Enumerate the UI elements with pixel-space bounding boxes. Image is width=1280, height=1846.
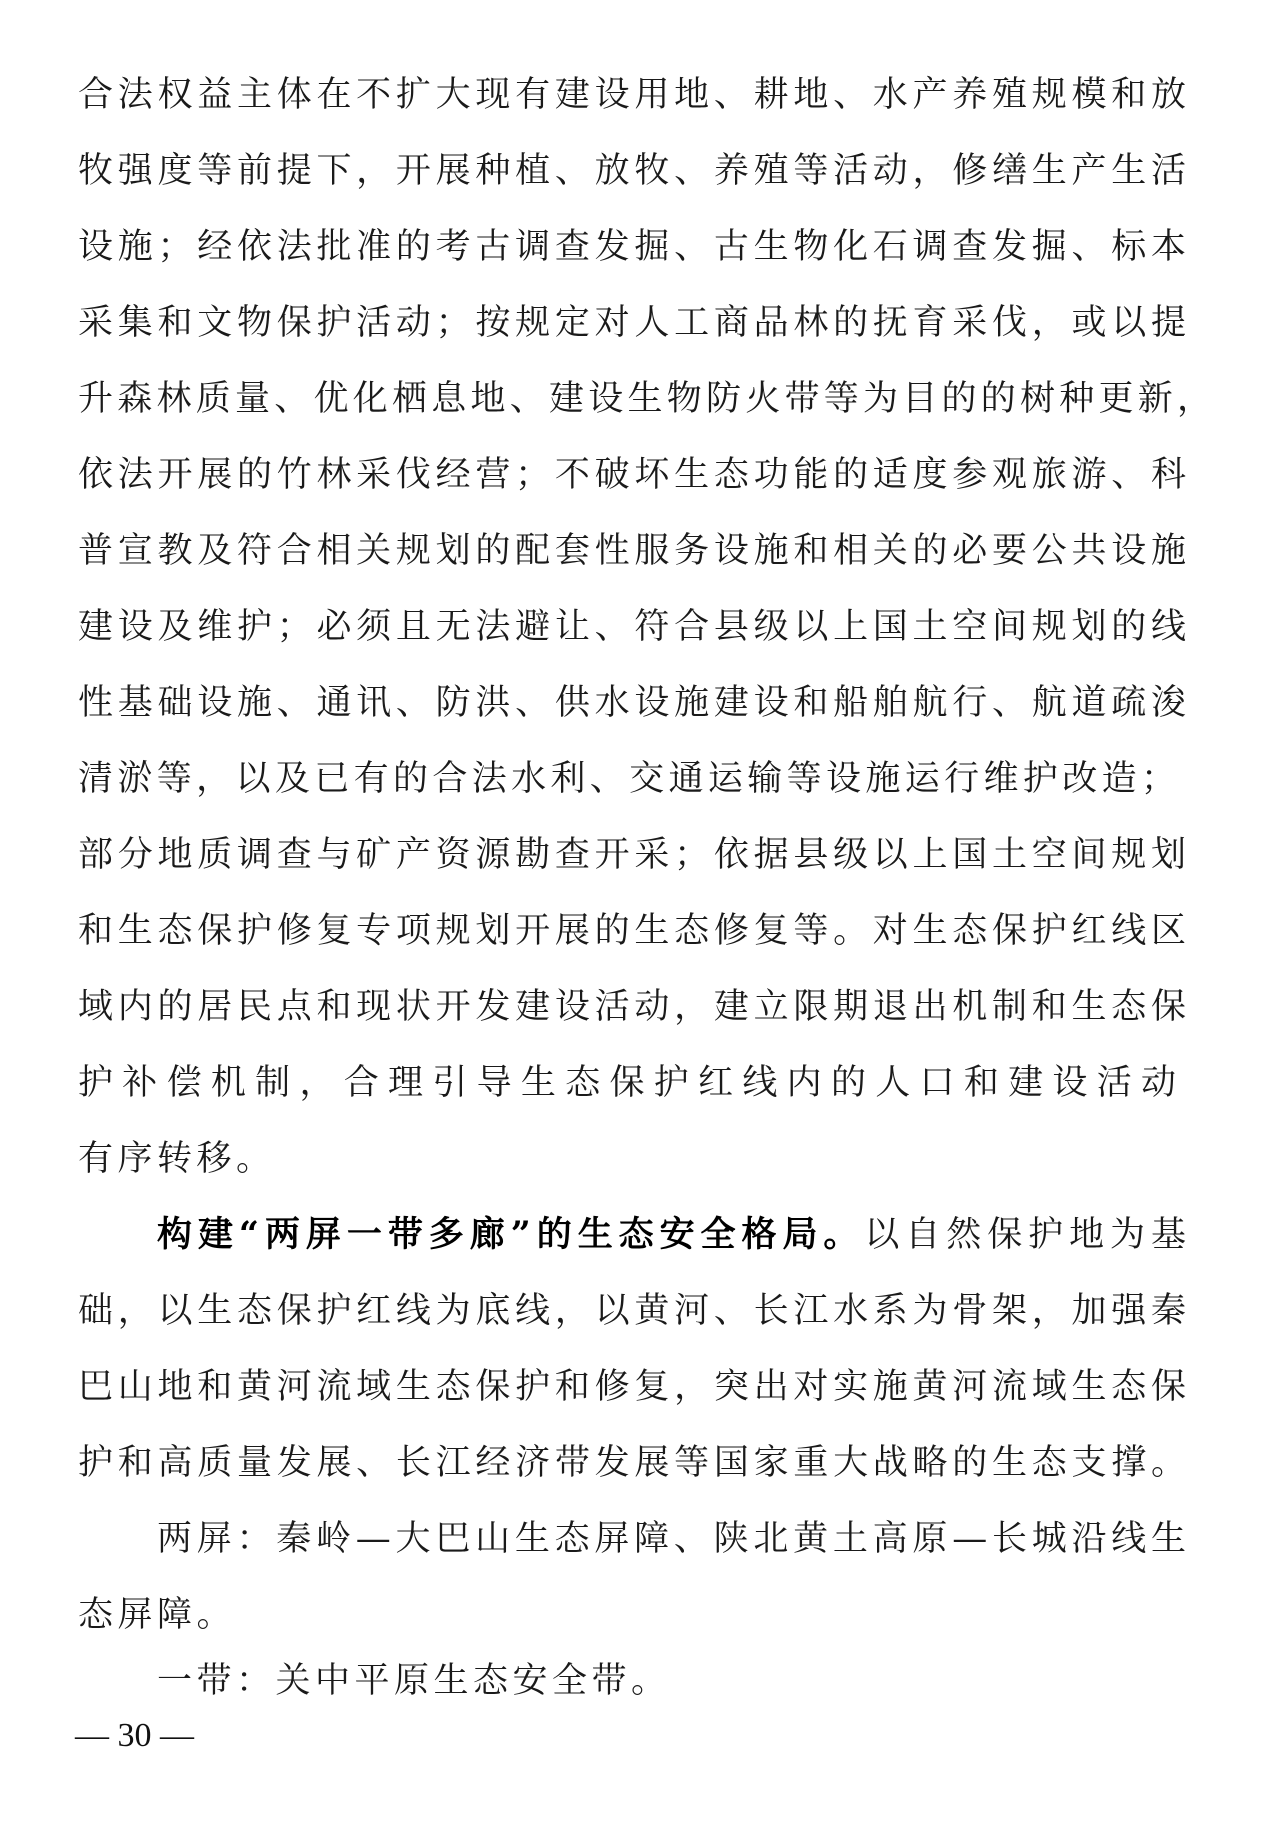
- body-line: 设施；经依法批准的考古调查发掘、古生物化石调查发掘、标本: [78, 227, 1186, 267]
- section-heading: 构建“两屏一带多廊”的生态安全格局。: [157, 1214, 864, 1255]
- body-text: 以自然保护地为基: [864, 1215, 1186, 1255]
- body-line: 建设及维护；必须且无法避让、符合县级以上国土空间规划的线: [78, 607, 1186, 647]
- body-line: 升森林质量、优化栖息地、建设生物防火带等为目的的树种更新，: [78, 379, 1212, 419]
- body-line: 态屏障。: [78, 1595, 1186, 1635]
- body-line: 有序转移。: [78, 1139, 1186, 1179]
- body-line: 和生态保护修复专项规划开展的生态修复等。对生态保护红线区: [78, 911, 1186, 951]
- body-line: 两屏：秦岭—大巴山生态屏障、陕北黄土高原—长城沿线生: [157, 1519, 1186, 1559]
- body-line: 一带：关中平原生态安全带。: [157, 1661, 1186, 1701]
- body-line: 巴山地和黄河流域生态保护和修复，突出对实施黄河流域生态保: [78, 1367, 1186, 1407]
- page-number: — 30 —: [75, 1716, 194, 1756]
- body-line: 护和高质量发展、长江经济带发展等国家重大战略的生态支撑。: [78, 1443, 1186, 1483]
- body-line: 采集和文物保护活动；按规定对人工商品林的抚育采伐，或以提: [78, 303, 1186, 343]
- body-line: 清淤等，以及已有的合法水利、交通运输等设施运行维护改造；: [78, 759, 1176, 799]
- body-line: 普宣教及符合相关规划的配套性服务设施和相关的必要公共设施: [78, 531, 1186, 571]
- section-heading-line: 构建“两屏一带多廊”的生态安全格局。以自然保护地为基: [157, 1215, 1186, 1255]
- body-line: 部分地质调查与矿产资源勘查开采；依据县级以上国土空间规划: [78, 835, 1186, 875]
- body-line: 依法开展的竹林采伐经营；不破坏生态功能的适度参观旅游、科: [78, 455, 1186, 495]
- body-line: 础，以生态保护红线为底线，以黄河、长江水系为骨架，加强秦: [78, 1291, 1186, 1331]
- body-line: 牧强度等前提下，开展种植、放牧、养殖等活动，修缮生产生活: [78, 151, 1186, 191]
- document-page: 合法权益主体在不扩大现有建设用地、耕地、水产养殖规模和放 牧强度等前提下，开展种…: [0, 0, 1280, 1846]
- body-line: 合法权益主体在不扩大现有建设用地、耕地、水产养殖规模和放: [78, 75, 1186, 115]
- body-line: 护补偿机制，合理引导生态保护红线内的人口和建设活动: [78, 1063, 1176, 1103]
- body-line: 域内的居民点和现状开发建设活动，建立限期退出机制和生态保: [78, 987, 1186, 1027]
- body-line: 性基础设施、通讯、防洪、供水设施建设和船舶航行、航道疏浚: [78, 683, 1186, 723]
